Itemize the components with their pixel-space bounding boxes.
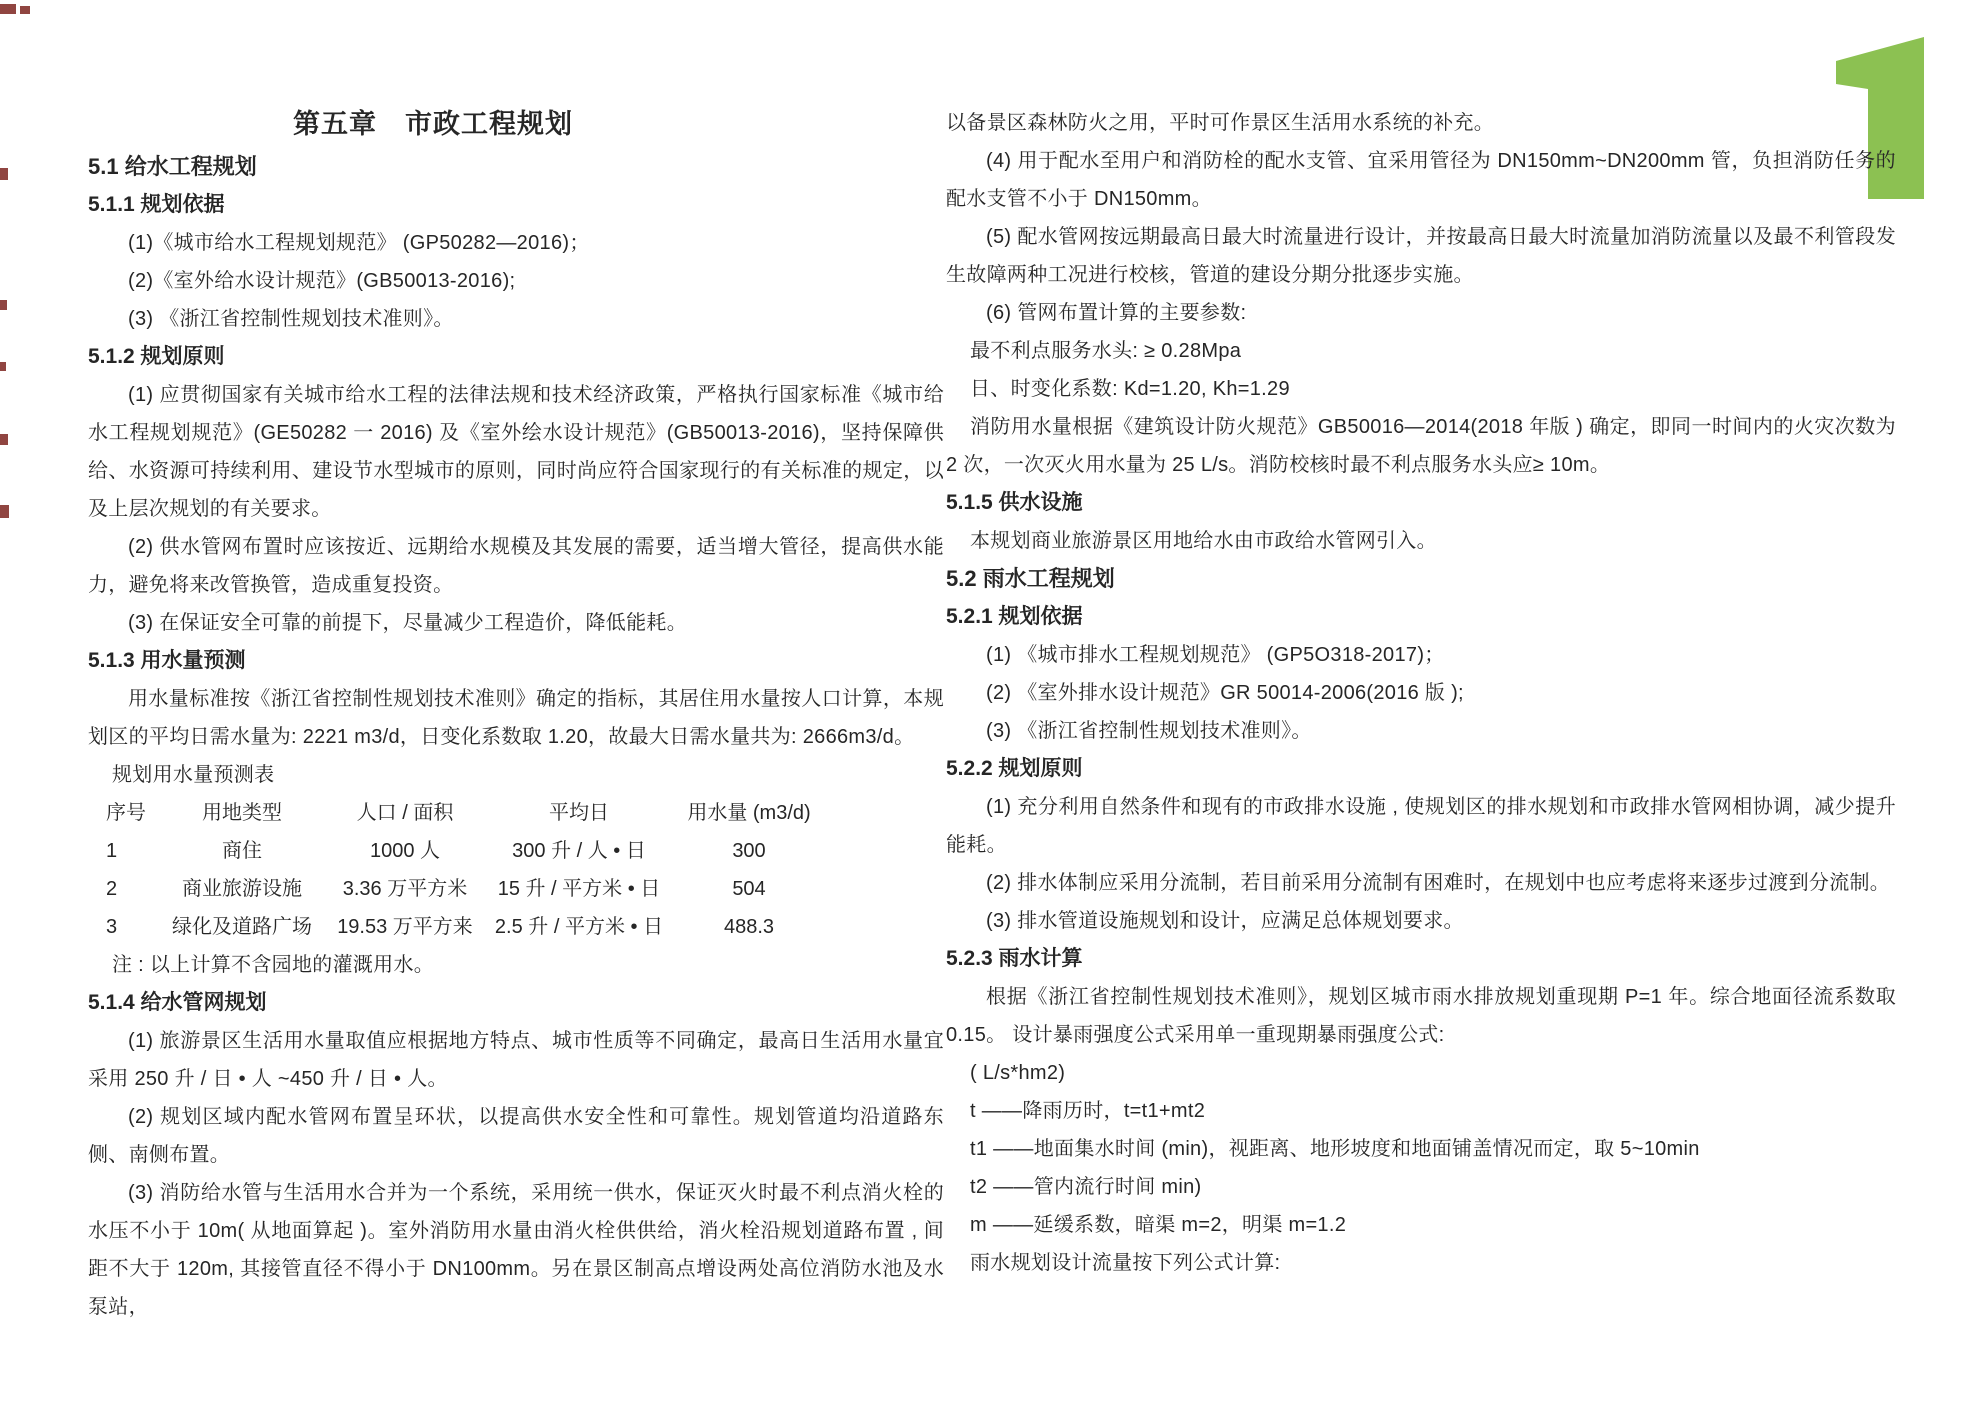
reference-item: (1)《城市给水工程规划规范》 (GP50282—2016)； [88, 224, 944, 262]
paragraph: (2) 排水体制应采用分流制，若目前采用分流制有困难时，在规划中也应考虑将来逐步… [946, 864, 1896, 902]
paragraph: (1) 充分利用自然条件和现有的市政排水设施 , 使规划区的排水规划和市政排水管… [946, 788, 1896, 864]
scan-artifact [0, 300, 7, 310]
water-demand-table: 序号 用地类型 人口 / 面积 平均日 用水量 (m3/d) 1 商住 1000… [106, 794, 944, 946]
paragraph: (3) 消防给水管与生活用水合并为一个系统，采用统一供水，保证灭火时最不利点消火… [88, 1174, 944, 1326]
table-cell: 19.53 万平方来 [326, 908, 484, 946]
column-header: 人口 / 面积 [326, 794, 484, 832]
heading-5-2-1: 5.2.1 规划依据 [946, 598, 1896, 636]
reference-item: (1) 《城市排水工程规划规范》 (GP5O318-2017)； [946, 636, 1896, 674]
table-cell: 2 [106, 870, 158, 908]
paragraph: 消防用水量根据《建筑设计防火规范》GB50016—2014(2018 年版 ) … [946, 408, 1896, 484]
heading-5-2-3: 5.2.3 雨水计算 [946, 940, 1896, 978]
table-header-row: 序号 用地类型 人口 / 面积 平均日 用水量 (m3/d) [106, 794, 944, 832]
formula-line: 雨水规划设计流量按下列公式计算: [946, 1244, 1896, 1282]
table-title: 规划用水量预测表 [88, 756, 944, 794]
table-note: 注 : 以上计算不含园地的灌溉用水。 [88, 946, 944, 984]
heading-5-1-4: 5.1.4 给水管网规划 [88, 984, 944, 1022]
reference-item: (3) 《浙江省控制性规划技术准则》。 [88, 300, 944, 338]
table-cell: 300 升 / 人 • 日 [484, 832, 674, 870]
formula-line: t ——降雨历时，t=t1+mt2 [946, 1092, 1896, 1130]
table-cell: 15 升 / 平方米 • 日 [484, 870, 674, 908]
paragraph: (6) 管网布置计算的主要参数: [946, 294, 1896, 332]
heading-5-1-1: 5.1.1 规划依据 [88, 186, 944, 224]
formula-line: ( L/s*hm2) [946, 1054, 1896, 1092]
chapter-title: 第五章 市政工程规划 [88, 100, 944, 148]
paragraph: (5) 配水管网按远期最高日最大时流量进行设计，并按最高日最大时流量加消防流量以… [946, 218, 1896, 294]
table-cell: 488.3 [674, 908, 824, 946]
reference-item: (3) 《浙江省控制性规划技术准则》。 [946, 712, 1896, 750]
table-row: 2 商业旅游设施 3.36 万平方米 15 升 / 平方米 • 日 504 [106, 870, 944, 908]
formula-line: t2 ——管内流行时间 min) [946, 1168, 1896, 1206]
scan-artifact [0, 168, 8, 180]
table-cell: 1 [106, 832, 158, 870]
paragraph: (2) 规划区域内配水管网布置呈环状，以提高供水安全性和可靠性。规划管道均沿道路… [88, 1098, 944, 1174]
heading-5-1-5: 5.1.5 供水设施 [946, 484, 1896, 522]
column-header: 平均日 [484, 794, 674, 832]
table-cell: 3 [106, 908, 158, 946]
formula-line: t1 ——地面集水时间 (min)，视距离、地形坡度和地面铺盖情况而定，取 5~… [946, 1130, 1896, 1168]
table-row: 1 商住 1000 人 300 升 / 人 • 日 300 [106, 832, 944, 870]
paragraph: (3) 排水管道设施规划和设计，应满足总体规划要求。 [946, 902, 1896, 940]
heading-5-2: 5.2 雨水工程规划 [946, 560, 1896, 598]
parameter-line: 最不利点服务水头: ≥ 0.28Mpa [946, 332, 1896, 370]
reference-item: (2)《室外给水设计规范》(GB50013-2016); [88, 262, 944, 300]
parameter-line: 日、时变化系数: Kd=1.20, Kh=1.29 [946, 370, 1896, 408]
heading-5-2-2: 5.2.2 规划原则 [946, 750, 1896, 788]
table-cell: 504 [674, 870, 824, 908]
heading-5-1-3: 5.1.3 用水量预测 [88, 642, 944, 680]
right-column: 以备景区森林防火之用，平时可作景区生活用水系统的补充。 (4) 用于配水至用户和… [946, 104, 1896, 1282]
paragraph: (2) 供水管网布置时应该按近、远期给水规模及其发展的需要，适当增大管径，提高供… [88, 528, 944, 604]
table-cell: 2.5 升 / 平方米 • 日 [484, 908, 674, 946]
document-page: 第五章 市政工程规划 5.1 给水工程规划 5.1.1 规划依据 (1)《城市给… [0, 0, 1984, 1403]
table-cell: 商住 [158, 832, 326, 870]
paragraph-continuation: 以备景区森林防火之用，平时可作景区生活用水系统的补充。 [946, 104, 1896, 142]
table-row: 3 绿化及道路广场 19.53 万平方来 2.5 升 / 平方米 • 日 488… [106, 908, 944, 946]
reference-item: (2) 《室外排水设计规范》GR 50014-2006(2016 版 ); [946, 674, 1896, 712]
scan-artifact [0, 4, 16, 14]
column-header: 用水量 (m3/d) [674, 794, 824, 832]
paragraph: (3) 在保证安全可靠的前提下，尽量减少工程造价，降低能耗。 [88, 604, 944, 642]
paragraph: 本规划商业旅游景区用地给水由市政给水管网引入。 [946, 522, 1896, 560]
table-cell: 绿化及道路广场 [158, 908, 326, 946]
scan-artifact [0, 362, 6, 371]
scan-artifact [20, 6, 30, 14]
table-cell: 3.36 万平方米 [326, 870, 484, 908]
left-column: 第五章 市政工程规划 5.1 给水工程规划 5.1.1 规划依据 (1)《城市给… [88, 100, 944, 1326]
scan-artifact [0, 505, 9, 518]
heading-5-1-2: 5.1.2 规划原则 [88, 338, 944, 376]
scan-artifact [0, 434, 8, 445]
paragraph: (1) 旅游景区生活用水量取值应根据地方特点、城市性质等不同确定，最高日生活用水… [88, 1022, 944, 1098]
table-cell: 商业旅游设施 [158, 870, 326, 908]
formula-line: m ——延缓系数，暗渠 m=2，明渠 m=1.2 [946, 1206, 1896, 1244]
paragraph: 用水量标准按《浙江省控制性规划技术准则》确定的指标，其居住用水量按人口计算，本规… [88, 680, 944, 756]
column-header: 序号 [106, 794, 158, 832]
paragraph: 根据《浙江省控制性规划技术准则》，规划区城市雨水排放规划重现期 P=1 年。综合… [946, 978, 1896, 1054]
paragraph: (4) 用于配水至用户和消防栓的配水支管、宜采用管径为 DN150mm~DN20… [946, 142, 1896, 218]
table-cell: 1000 人 [326, 832, 484, 870]
paragraph: (1) 应贯彻国家有关城市给水工程的法律法规和技术经济政策，严格执行国家标准《城… [88, 376, 944, 528]
table-cell: 300 [674, 832, 824, 870]
column-header: 用地类型 [158, 794, 326, 832]
heading-5-1: 5.1 给水工程规划 [88, 148, 944, 186]
